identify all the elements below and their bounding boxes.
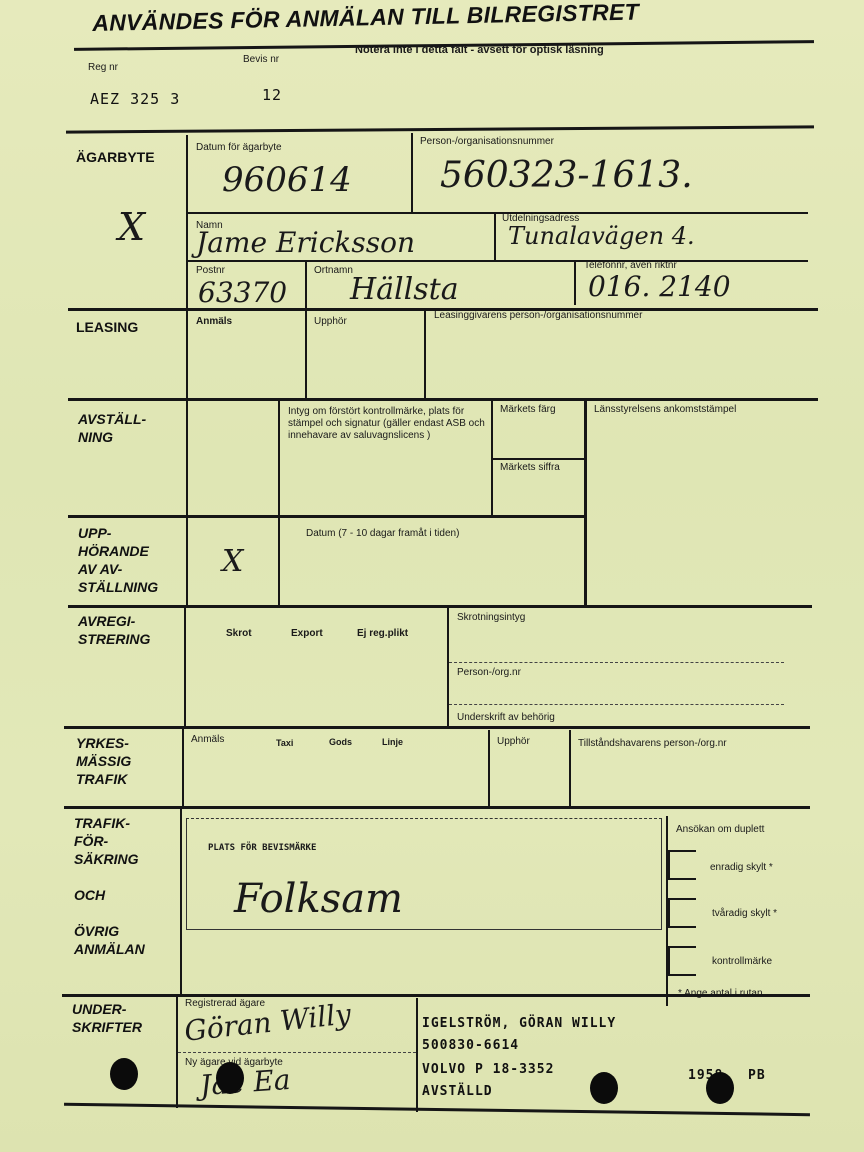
opt-taxi[interactable]: Taxi — [276, 738, 293, 748]
divider — [449, 704, 784, 705]
section-line: OCH — [74, 886, 145, 904]
leasing-upphor-label: Upphör — [314, 316, 347, 327]
opt-tvaradig: tvåradig skylt * — [712, 908, 777, 919]
divider — [184, 607, 186, 727]
holder-label: Tillståndshavarens person-/org.nr — [578, 738, 727, 749]
leasing-giver-label: Leasinggivarens person-/organisationsnum… — [434, 310, 642, 321]
insurer-field[interactable]: Folksam — [234, 876, 403, 922]
section-forsakring: TRAFIK- FÖR- SÄKRING OCH ÖVRIG ANMÄLAN — [74, 814, 145, 958]
section-line: SÄKRING — [74, 850, 145, 868]
divider — [488, 730, 490, 808]
section-line: HÖRANDE — [78, 542, 158, 560]
opt-skrot[interactable]: Skrot — [226, 628, 252, 639]
divider — [180, 808, 182, 996]
ort-field[interactable]: Hällsta — [350, 272, 459, 307]
opt-enradig: enradig skylt * — [710, 862, 773, 873]
divider — [64, 726, 810, 729]
yrkes-anmals-label: Anmäls — [191, 734, 224, 745]
divider — [64, 806, 810, 809]
date-field[interactable]: 960614 — [222, 160, 352, 200]
section-line: MÄSSIG — [76, 752, 131, 770]
section-avregistrering: AVREGI- STRERING — [78, 612, 150, 648]
signature-label: Underskrift av behörig — [457, 712, 555, 723]
divider — [188, 260, 808, 262]
section-agarbyte: ÄGARBYTE — [76, 148, 155, 166]
divider — [188, 212, 808, 214]
owner-name: IGELSTRÖM, GÖRAN WILLY — [422, 1016, 616, 1031]
intyg-text: Intyg om förstört kontrollmärke, plats f… — [288, 406, 493, 442]
farg-label: Märkets färg — [500, 404, 556, 415]
punch-hole — [590, 1072, 618, 1104]
type-code: PB — [748, 1068, 766, 1083]
leasing-anmals-label: Anmäls — [196, 316, 232, 327]
ocr-note: Notera inte i detta fält - avsett för op… — [355, 44, 604, 56]
reg-number: AEZ 325 3 — [90, 90, 180, 108]
divider — [584, 398, 587, 608]
divider — [449, 662, 784, 663]
skrot-intyg-label: Skrotningsintyg — [457, 612, 525, 623]
divider — [68, 398, 818, 401]
section-line: ANMÄLAN — [74, 940, 145, 958]
pnr-label: Person-/organisationsnummer — [420, 136, 554, 147]
divider — [278, 400, 280, 605]
divider — [305, 260, 307, 310]
divider — [305, 310, 307, 400]
enradig-checkbox[interactable] — [668, 850, 696, 880]
divider — [416, 998, 418, 1112]
reg-label: Reg nr — [88, 62, 118, 73]
divider — [411, 133, 413, 213]
section-line: TRAFIK- — [74, 814, 145, 832]
postnr-label: Postnr — [196, 265, 225, 276]
divider — [186, 135, 188, 310]
opt-gods[interactable]: Gods — [329, 737, 352, 747]
section-line: TRAFIK — [76, 770, 131, 788]
vehicle-status: AVSTÄLLD — [422, 1084, 493, 1099]
divider — [178, 1052, 416, 1053]
divider — [574, 260, 576, 305]
tvaradig-checkbox[interactable] — [668, 898, 696, 928]
date-label: Datum för ägarbyte — [196, 142, 282, 153]
section-line: ÖVRIG — [74, 922, 145, 940]
punch-hole — [110, 1058, 138, 1090]
siffra-label: Märkets siffra — [500, 462, 560, 473]
section-leasing: LEASING — [76, 318, 138, 336]
ort-label: Ortnamn — [314, 265, 353, 276]
opt-kontroll: kontrollmärke — [712, 956, 772, 967]
divider — [186, 310, 188, 400]
divider — [186, 400, 188, 605]
address-field[interactable]: Tunalavägen 4. — [508, 222, 695, 250]
punch-hole — [216, 1062, 244, 1094]
bevis-label: Bevis nr — [243, 54, 279, 65]
divider — [424, 310, 426, 400]
divider — [68, 605, 812, 608]
vehicle-model: VOLVO P 18-3352 — [422, 1062, 554, 1077]
section-line: FÖR- — [74, 832, 145, 850]
pnr-field[interactable]: 560323-1613. — [440, 155, 693, 196]
divider — [569, 730, 571, 808]
new-owner-signature[interactable]: Jae Ea — [199, 1063, 292, 1102]
opt-export[interactable]: Export — [291, 628, 323, 639]
divider — [494, 212, 496, 260]
agarbyte-check-mark[interactable]: X — [118, 205, 145, 249]
stamp-label: Länsstyrelsens ankomststämpel — [594, 404, 736, 415]
punch-hole — [706, 1072, 734, 1104]
section-line: AVSTÄLL- — [78, 410, 146, 428]
name-field[interactable]: Jame Ericksson — [196, 226, 415, 259]
phone-field[interactable]: 016. 2140 — [588, 270, 731, 303]
section-line: UNDER- — [72, 1000, 142, 1018]
section-line: UPP- — [78, 524, 158, 542]
upphorande-check-mark[interactable]: X — [222, 544, 243, 579]
yrkes-upphor-label: Upphör — [497, 736, 530, 747]
opt-linje[interactable]: Linje — [382, 737, 403, 747]
section-line: NING — [78, 428, 146, 446]
bevis-number: 12 — [262, 86, 282, 104]
person-label: Person-/org.nr — [457, 667, 521, 678]
section-yrkes: YRKES- MÄSSIG TRAFIK — [76, 734, 131, 788]
section-line: STÄLLNING — [78, 578, 158, 596]
duplicate-label: Ansökan om duplett — [676, 824, 764, 835]
kontrollmarke-checkbox[interactable] — [668, 946, 696, 976]
divider — [447, 607, 449, 727]
section-line: AV AV- — [78, 560, 158, 578]
upphorande-date-label: Datum (7 - 10 dagar framåt i tiden) — [306, 528, 459, 539]
section-upphorande: UPP- HÖRANDE AV AV- STÄLLNING — [78, 524, 158, 596]
section-line: SKRIFTER — [72, 1018, 142, 1036]
mark-label: PLATS FÖR BEVISMÄRKE — [208, 843, 316, 853]
section-line: YRKES- — [76, 734, 131, 752]
opt-ej-reg[interactable]: Ej reg.plikt — [357, 628, 408, 639]
section-avstallning: AVSTÄLL- NING — [78, 410, 146, 446]
section-line: AVREGI- — [78, 612, 150, 630]
owner-pnr: 500830-6614 — [422, 1038, 519, 1053]
section-underskrifter: UNDER- SKRIFTER — [72, 1000, 142, 1036]
divider — [492, 458, 584, 460]
section-line: STRERING — [78, 630, 150, 648]
divider — [62, 994, 810, 997]
postnr-field[interactable]: 63370 — [198, 276, 287, 309]
divider — [182, 728, 184, 808]
divider — [68, 515, 586, 518]
